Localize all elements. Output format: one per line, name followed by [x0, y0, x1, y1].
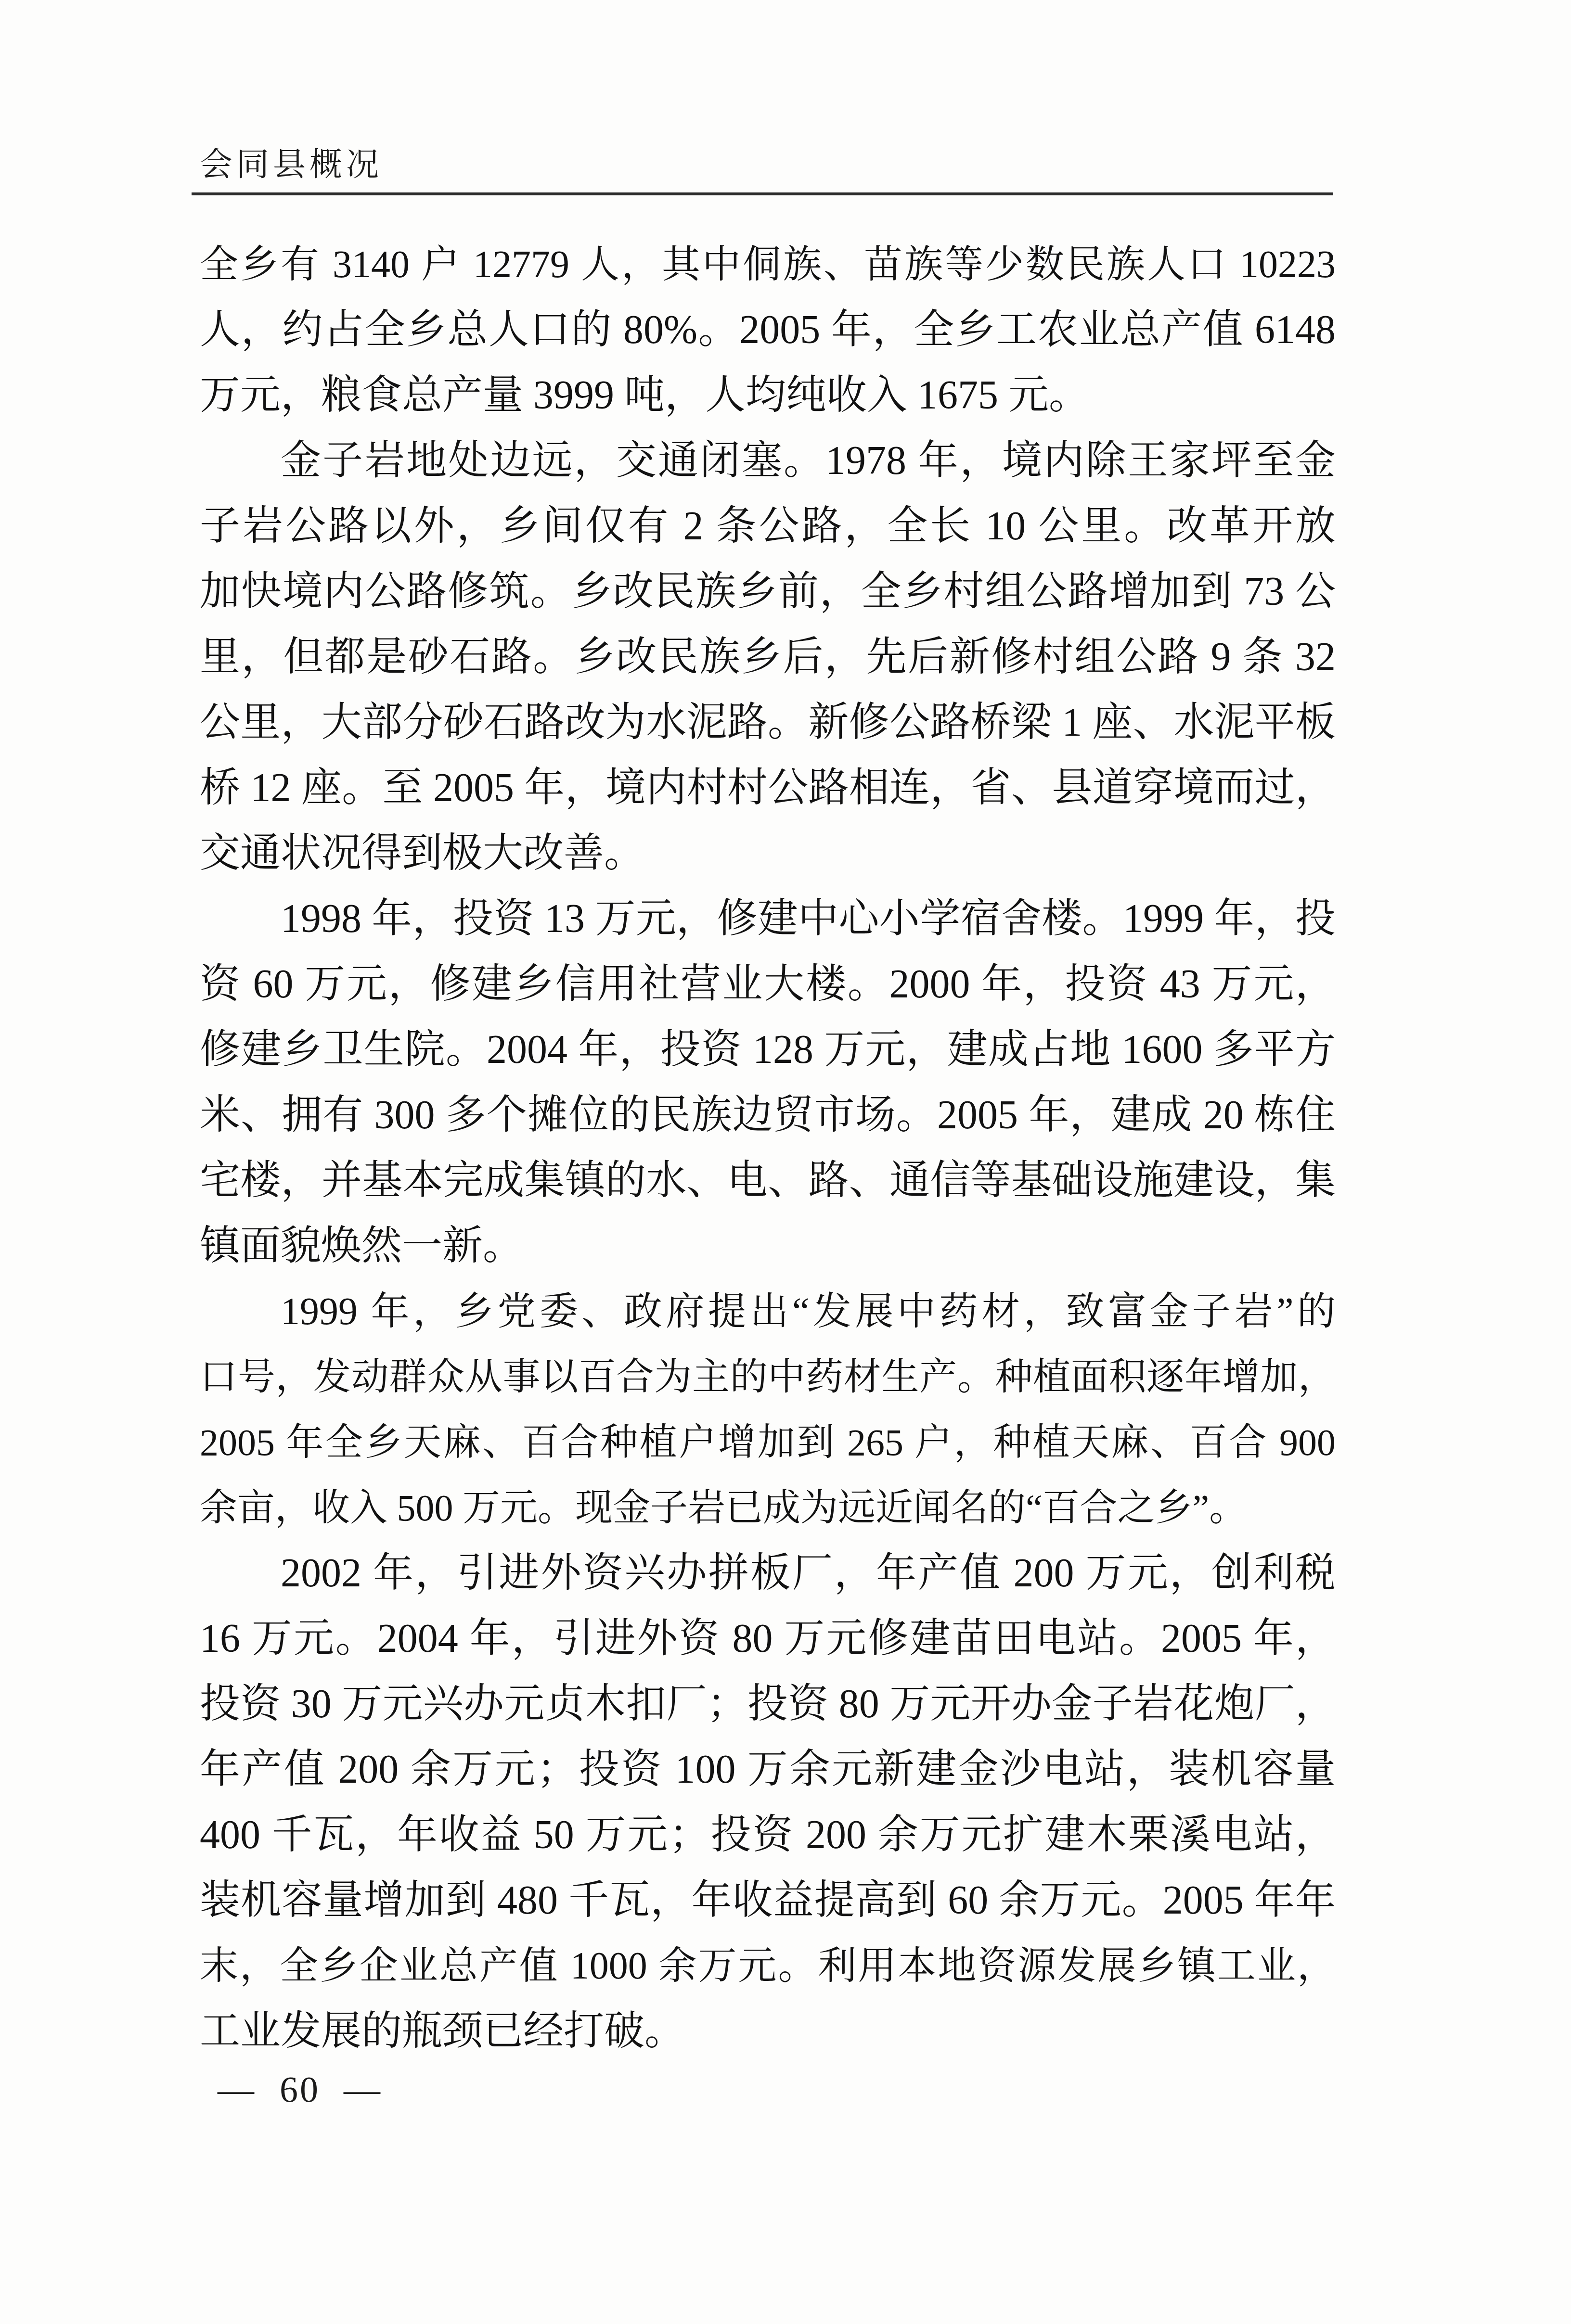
book-page: 会同县概况 全乡有 3140 户 12779 人，其中侗族、苗族等少数民族人口 … — [0, 0, 1571, 2324]
text-line: 公里，大部分砂石路改为水泥路。新修公路桥梁 1 座、水泥平板 — [200, 690, 1336, 755]
text-line: 口号，发动群众从事以百合为主的中药材生产。种植面积逐年增加， — [200, 1344, 1336, 1410]
text-line: 全乡有 3140 户 12779 人，其中侗族、苗族等少数民族人口 10223 — [200, 232, 1336, 297]
text-line: 1998 年，投资 13 万元，修建中心小学宿舍楼。1999 年，投 — [200, 886, 1336, 952]
text-line: 末，全乡企业总产值 1000 余万元。利用本地资源发展乡镇工业， — [200, 1933, 1336, 1999]
text-line: 16 万元。2004 年，引进外资 80 万元修建苗田电站。2005 年， — [200, 1606, 1336, 1672]
text-line: 镇面貌焕然一新。 — [200, 1213, 1336, 1279]
text-line: 装机容量增加到 480 千瓦，年收益提高到 60 余万元。2005 年年 — [200, 1868, 1336, 1933]
text-line: 修建乡卫生院。2004 年，投资 128 万元，建成占地 1600 多平方 — [200, 1017, 1336, 1083]
text-line: 1999 年，乡党委、政府提出“发展中药材，致富金子岩”的 — [200, 1279, 1336, 1344]
running-header-title: 会同县概况 — [200, 139, 383, 185]
text-line: 万元，粮食总产量 3999 吨，人均纯收入 1675 元。 — [200, 363, 1336, 428]
text-line: 2005 年全乡天麻、百合种植户增加到 265 户，种植天麻、百合 900 — [200, 1410, 1336, 1475]
text-line: 交通状况得到极大改善。 — [200, 821, 1336, 886]
text-line: 宅楼，并基本完成集镇的水、电、路、通信等基础设施建设，集 — [200, 1148, 1336, 1213]
text-line: 里，但都是砂石路。乡改民族乡后，先后新修村组公路 9 条 32 — [200, 625, 1336, 690]
text-line: 子岩公路以外，乡间仅有 2 条公路，全长 10 公里。改革开放后， — [200, 494, 1336, 559]
text-line: 余亩，收入 500 万元。现金子岩已成为远近闻名的“百合之乡”。 — [200, 1475, 1336, 1541]
text-line: 资 60 万元，修建乡信用社营业大楼。2000 年，投资 43 万元， — [200, 952, 1336, 1017]
header-rule-divider — [192, 192, 1333, 195]
text-line: 工业发展的瓶颈已经打破。 — [200, 1999, 1336, 2064]
text-line: 400 千瓦，年收益 50 万元；投资 200 余万元扩建木栗溪电站， — [200, 1802, 1336, 1868]
text-line: 金子岩地处边远，交通闭塞。1978 年，境内除王家坪至金 — [200, 428, 1336, 494]
text-line: 2002 年，引进外资兴办拼板厂，年产值 200 万元，创利税 — [200, 1541, 1336, 1606]
body-text: 全乡有 3140 户 12779 人，其中侗族、苗族等少数民族人口 10223 … — [200, 232, 1336, 2064]
text-line: 人，约占全乡总人口的 80%。2005 年，全乡工农业总产值 6148 — [200, 297, 1336, 363]
text-line: 投资 30 万元兴办元贞木扣厂；投资 80 万元开办金子岩花炮厂， — [200, 1672, 1336, 1737]
page-number: — 60 — — [218, 2069, 382, 2111]
text-line: 加快境内公路修筑。乡改民族乡前，全乡村组公路增加到 73 公 — [200, 559, 1336, 625]
text-line: 年产值 200 余万元；投资 100 万余元新建金沙电站，装机容量 — [200, 1737, 1336, 1802]
text-line: 米、拥有 300 多个摊位的民族边贸市场。2005 年，建成 20 栋住 — [200, 1083, 1336, 1148]
text-line: 桥 12 座。至 2005 年，境内村村公路相连，省、县道穿境而过， — [200, 755, 1336, 821]
